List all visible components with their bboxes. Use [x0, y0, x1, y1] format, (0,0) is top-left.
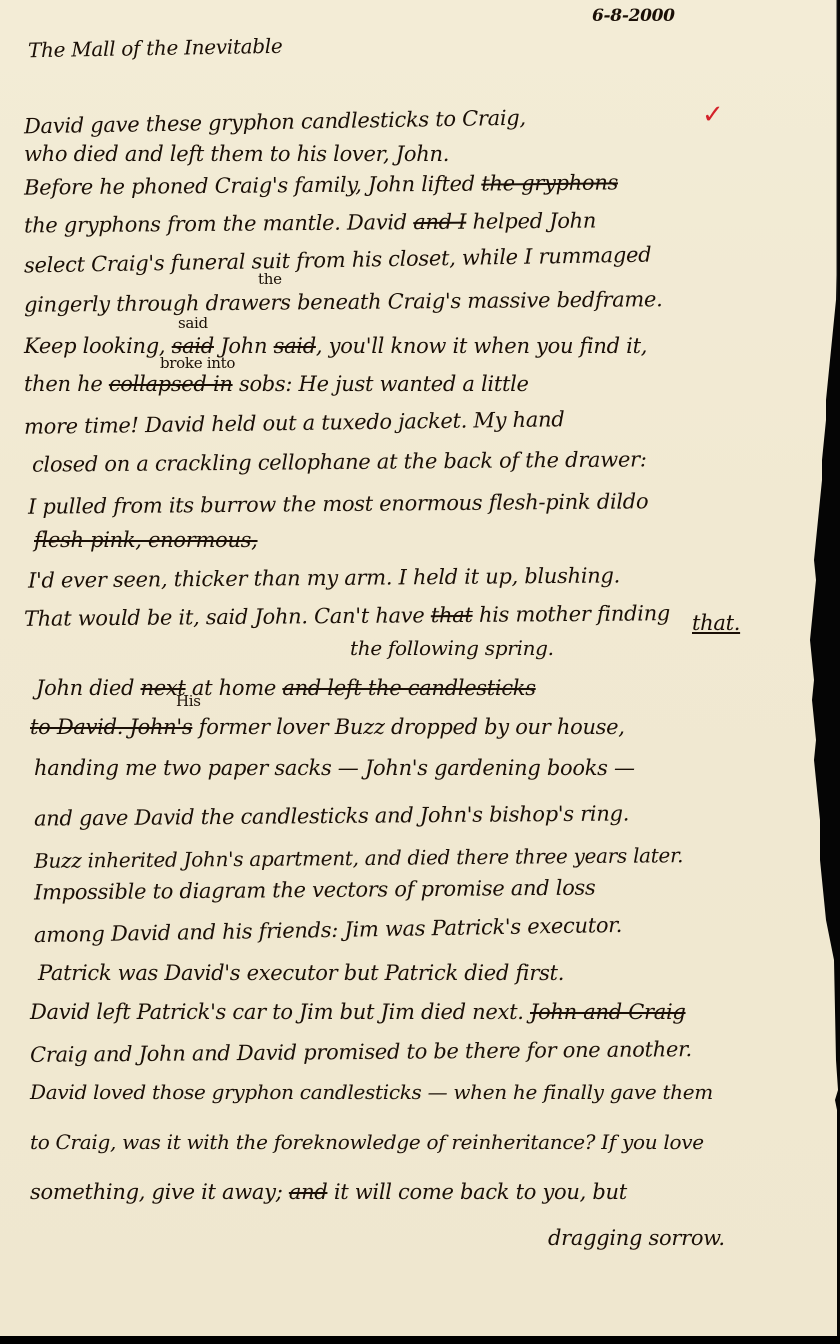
poem-line: dragging sorrow. — [548, 1228, 725, 1249]
poem-line: handing me two paper sacks — John's gard… — [34, 758, 635, 779]
struck-text: and I — [413, 210, 466, 234]
red-check-mark-icon: ✓ — [702, 100, 724, 130]
poem-line: I'd ever seen, thicker than my arm. I he… — [28, 565, 620, 591]
poem-line: to Craig, was it with the foreknowledge … — [30, 1132, 704, 1152]
struck-text: to David. John's — [30, 715, 192, 739]
line-text: select Craig's funeral suit from his clo… — [24, 243, 652, 278]
line-text: then he — [24, 372, 109, 396]
poem-line: Buzz inherited John's apartment, and die… — [34, 845, 683, 871]
poem-line: who died and left them to his lover, Joh… — [24, 144, 449, 165]
torn-paper-edge — [800, 0, 840, 1336]
line-text: more time! David held out a tuxedo jacke… — [24, 407, 565, 439]
line-text: it will come back to you, but — [327, 1180, 626, 1204]
poem-line: and gave David the candlesticks and John… — [34, 803, 629, 829]
manuscript-page: 6-8-2000 The Mall of the Inevitable ✓ Da… — [0, 0, 840, 1336]
line-continuation: that. — [692, 613, 740, 634]
line-text: I pulled from its burrow the most enormo… — [28, 489, 648, 518]
line-text: the gryphons from the mantle. David — [24, 210, 413, 237]
poem-line: select Craig's funeral suit from his clo… — [24, 245, 652, 277]
poem-line: the gryphons from the mantle. David and … — [24, 211, 596, 237]
line-text: Buzz inherited John's apartment, and die… — [34, 843, 683, 873]
line-text: David gave these gryphon candlesticks to… — [24, 106, 526, 139]
poem-line: Craig and John and David promised to be … — [30, 1039, 692, 1066]
poem-line: David gave these gryphon candlesticks to… — [24, 108, 526, 138]
poem-line: flesh pink, enormous, — [34, 530, 258, 551]
line-text: and gave David the candlesticks and John… — [34, 801, 629, 830]
insertion: His — [176, 694, 201, 709]
line-text: John died — [36, 676, 141, 700]
line-text: former lover Buzz dropped by our house, — [192, 715, 624, 739]
line-text: Craig and John and David promised to be … — [30, 1037, 692, 1067]
line-text: handing me two paper sacks — John's gard… — [34, 756, 635, 780]
struck-text: flesh pink, enormous, — [34, 528, 258, 552]
struck-text: John and Craig — [530, 1000, 686, 1024]
struck-text: and — [289, 1180, 328, 1204]
struck-text: that — [431, 603, 473, 627]
line-text: David left Patrick's car to Jim but Jim … — [30, 1000, 530, 1024]
struck-text: and left the candlesticks — [282, 676, 535, 700]
poem-line: then he collapsed in sobs: He just wante… — [24, 374, 529, 395]
line-text: Keep looking, — [24, 334, 172, 358]
line-text: something, give it away; — [30, 1180, 289, 1204]
scan-bottom-border — [0, 1336, 840, 1344]
insertion: the — [258, 272, 282, 287]
insertion: the following spring. — [350, 638, 554, 658]
line-text: among David and his friends: Jim was Pat… — [34, 913, 622, 947]
poem-line: Impossible to diagram the vectors of pro… — [34, 878, 596, 904]
line-text: , you'll know it when you find it, — [316, 334, 647, 358]
line-text: Before he phoned Craig's family, John li… — [24, 172, 481, 200]
line-text: I'd ever seen, thicker than my arm. I he… — [28, 563, 620, 592]
line-text: gingerly through — [24, 291, 206, 317]
poem-line: David loved those gryphon candlesticks —… — [30, 1082, 713, 1102]
line-text: closed on a crackling cellophane at the … — [32, 447, 647, 476]
poem-line: Patrick was David's executor but Patrick… — [38, 963, 564, 984]
poem-line: Keep looking, said John said, you'll kno… — [24, 336, 647, 357]
poem-line: That would be it, said John. Can't have … — [24, 603, 670, 630]
line-text: David loved those gryphon candlesticks —… — [30, 1080, 713, 1104]
insertion: said — [178, 316, 208, 331]
line-text: Patrick was David's executor but Patrick… — [38, 961, 564, 985]
poem-line: closed on a crackling cellophane at the … — [32, 449, 647, 475]
line-text: to Craig, was it with the foreknowledge … — [30, 1130, 704, 1154]
line-text: dragging sorrow. — [548, 1226, 725, 1250]
poem-line: David left Patrick's car to Jim but Jim … — [30, 1002, 686, 1023]
line-text: his mother finding — [472, 601, 670, 627]
insertion: broke into — [160, 356, 235, 371]
poem-line: among David and his friends: Jim was Pat… — [34, 915, 622, 946]
struck-text: the gryphons — [481, 170, 618, 195]
poem-line: more time! David held out a tuxedo jacke… — [24, 409, 565, 438]
poem-line: I pulled from its burrow the most enormo… — [28, 491, 648, 517]
line-text: helped John — [466, 209, 596, 234]
poem-line: something, give it away; and it will com… — [30, 1182, 627, 1203]
struck-text: said — [274, 334, 316, 358]
poem-line: gingerly through drawers beneath Craig's… — [24, 289, 663, 316]
date: 6-8-2000 — [592, 8, 675, 25]
line-text: sobs: He just wanted a little — [233, 372, 529, 396]
poem-title: The Mall of the Inevitable — [28, 36, 283, 60]
poem-line: Before he phoned Craig's family, John li… — [24, 172, 618, 198]
poem-line: to David. John's former lover Buzz dropp… — [30, 717, 625, 738]
line-text: That would be it, said John. Can't have — [24, 603, 431, 631]
struck-text: collapsed in — [109, 372, 233, 396]
line-text: drawers beneath Craig's massive bedframe… — [205, 287, 662, 315]
line-text: who died and left them to his lover, Joh… — [24, 142, 449, 166]
line-text: Impossible to diagram the vectors of pro… — [34, 876, 596, 905]
poem-line: John died next at home and left the cand… — [36, 678, 536, 699]
